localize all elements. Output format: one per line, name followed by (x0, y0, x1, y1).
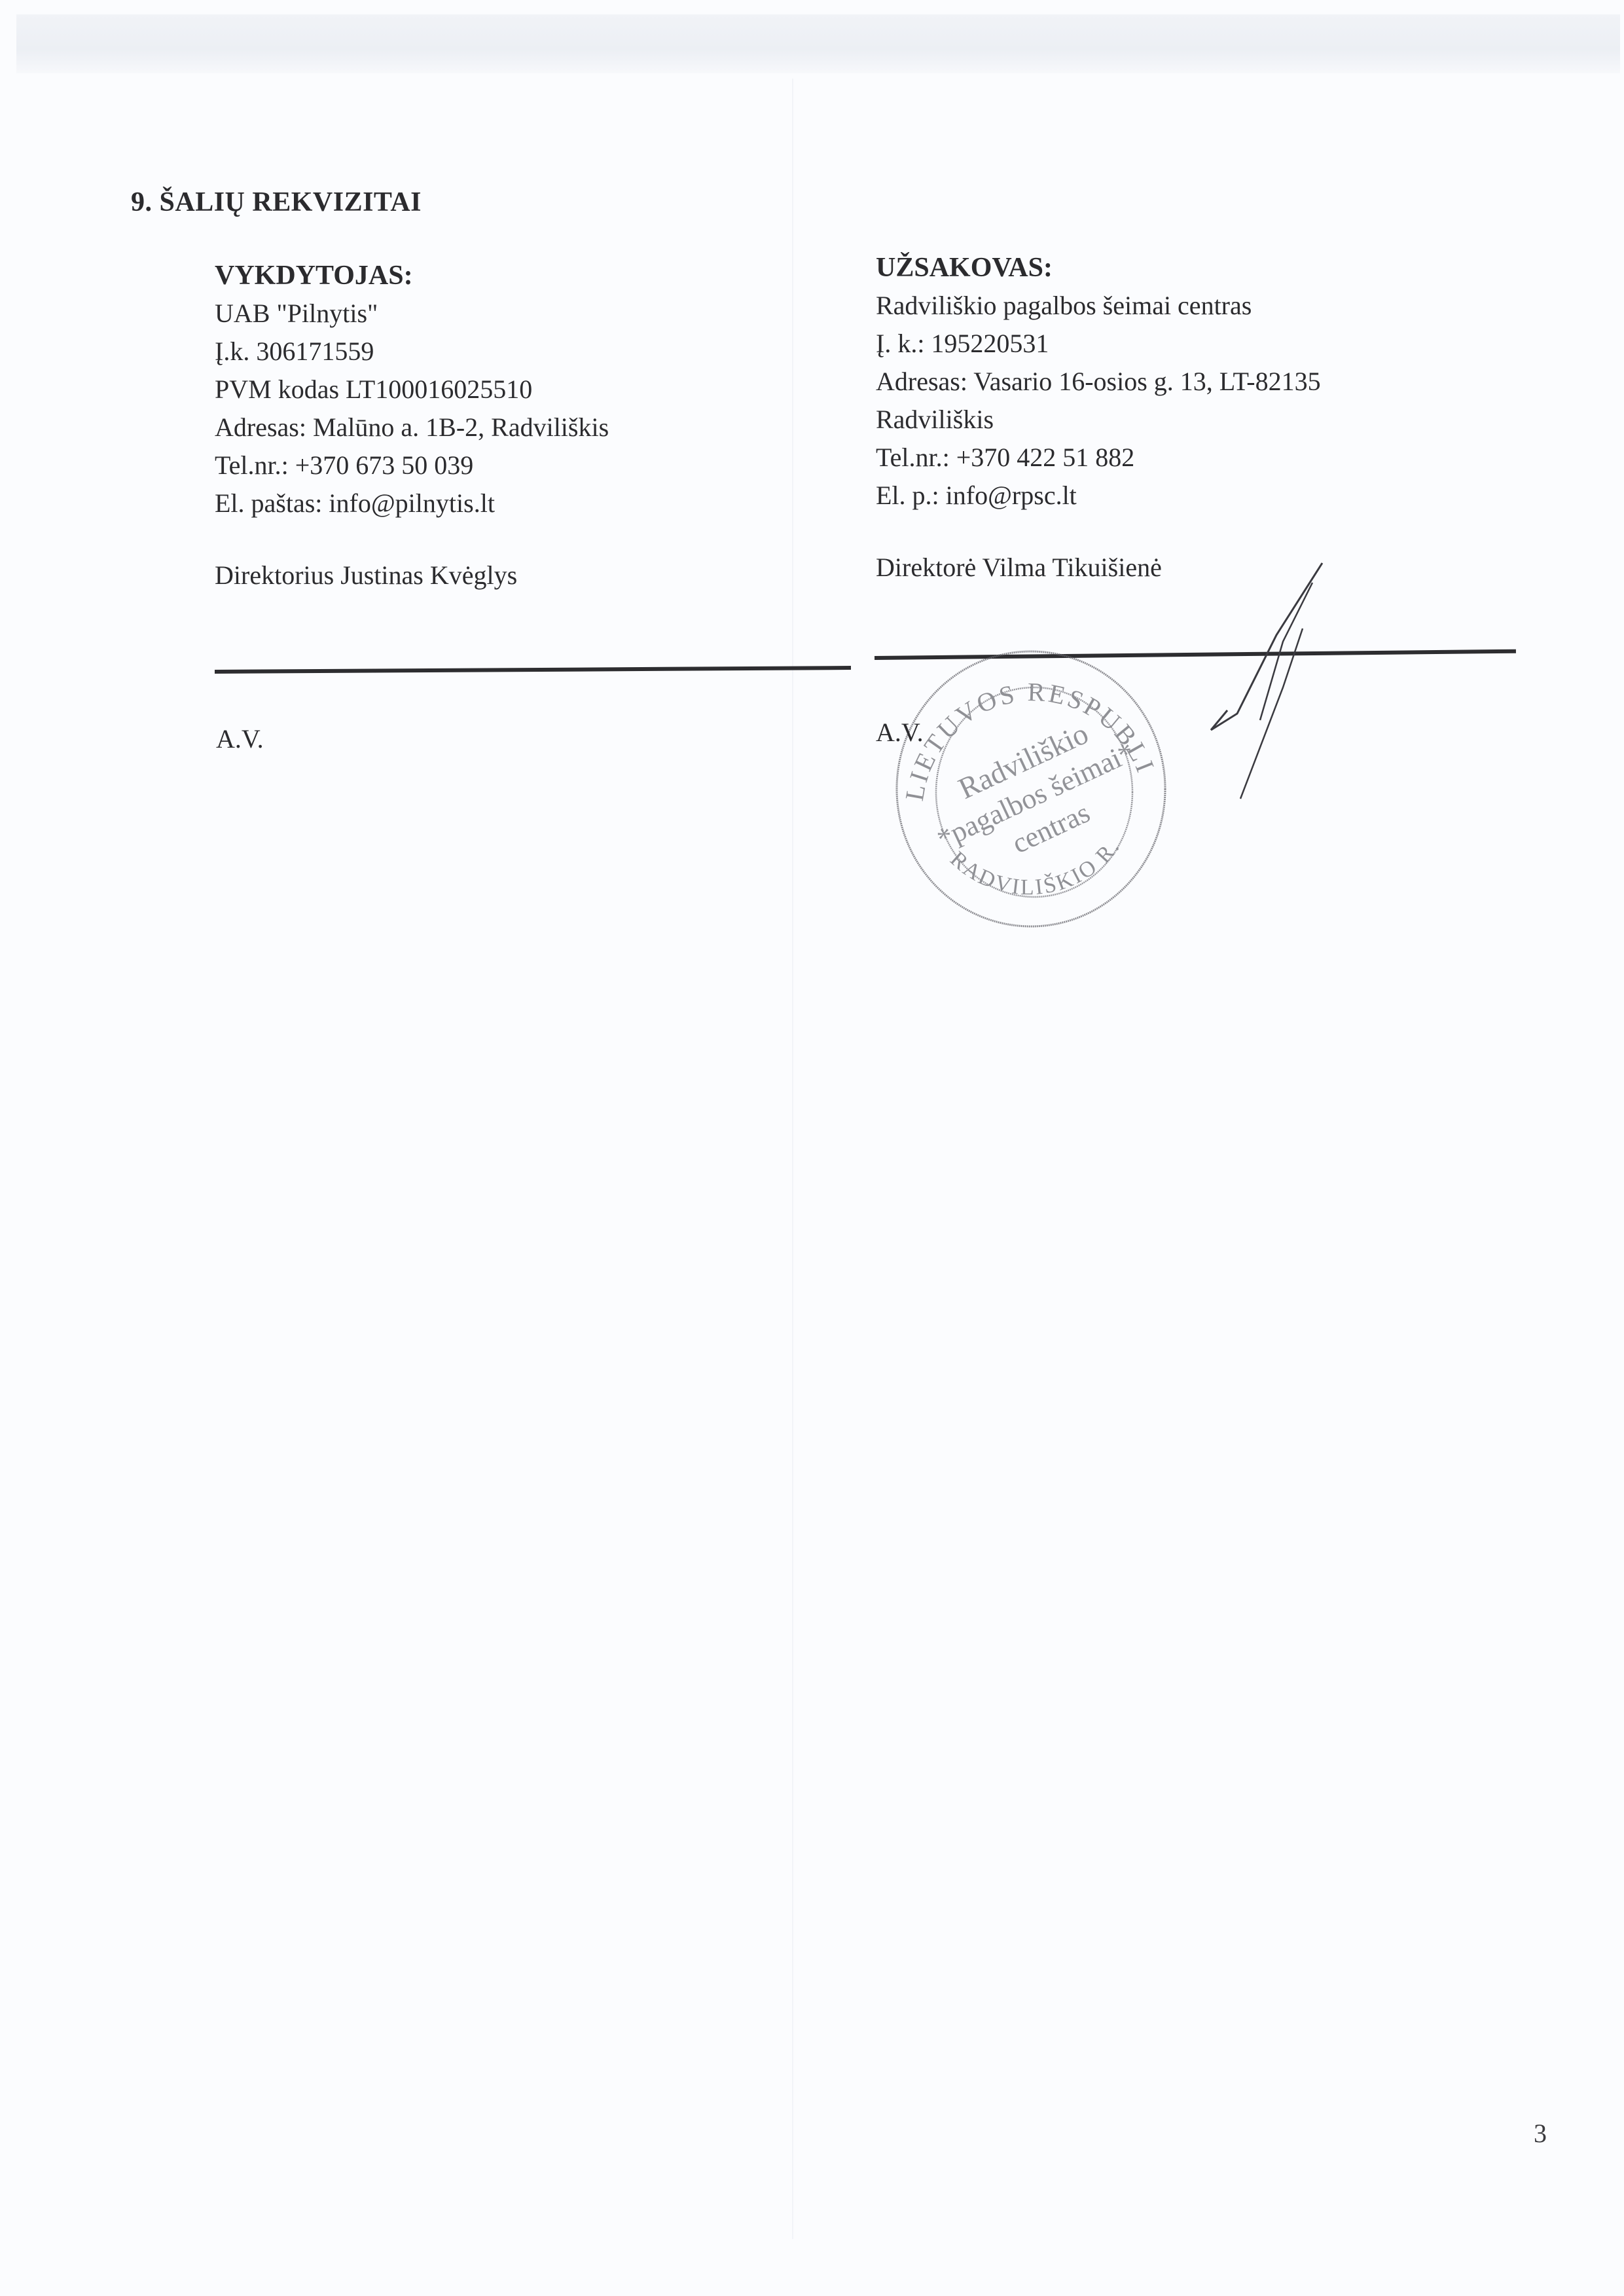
client-address: Adresas: Vasario 16-osios g. 13, LT-8213… (876, 363, 1321, 401)
executor-details: VYKDYTOJAS: UAB "Pilnytis" Į.k. 30617155… (215, 257, 609, 594)
section-heading: 9. ŠALIŲ REKVIZITAI (131, 187, 422, 218)
executor-role: VYKDYTOJAS: (215, 257, 609, 295)
executor-email: El. paštas: info@pilnytis.lt (215, 484, 609, 522)
client-role: UŽSAKOVAS: (876, 249, 1321, 287)
executor-company: UAB "Pilnytis" (215, 295, 609, 333)
executor-director: Direktorius Justinas Kvėglys (215, 556, 609, 594)
client-details: UŽSAKOVAS: Radviliškio pagalbos šeimai c… (876, 249, 1321, 587)
handwritten-signature-icon (1198, 556, 1342, 805)
client-company-code: Į. k.: 195220531 (876, 325, 1321, 363)
client-organization: Radviliškio pagalbos šeimai centras (876, 287, 1321, 325)
executor-phone: Tel.nr.: +370 673 50 039 (215, 446, 609, 484)
official-stamp-icon: LIETUVOS RESPUBLIKA RADVILIŠKIO R. Radvi… (877, 638, 1185, 939)
executor-company-code: Į.k. 306171559 (215, 333, 609, 371)
executor-address: Adresas: Malūno a. 1B-2, Radviliškis (215, 409, 609, 446)
client-city: Radviliškis (876, 401, 1321, 439)
page-number: 3 (1534, 2118, 1547, 2149)
executor-signature-line (215, 666, 851, 674)
client-email: El. p.: info@rpsc.lt (876, 477, 1321, 515)
scan-artifact-band (16, 14, 1620, 73)
executor-seal-mark: A.V. (216, 723, 264, 754)
client-seal-mark: A.V. (876, 717, 924, 748)
executor-vat-code: PVM kodas LT100016025510 (215, 371, 609, 409)
page-fold-line (792, 79, 793, 2239)
client-phone: Tel.nr.: +370 422 51 882 (876, 439, 1321, 477)
